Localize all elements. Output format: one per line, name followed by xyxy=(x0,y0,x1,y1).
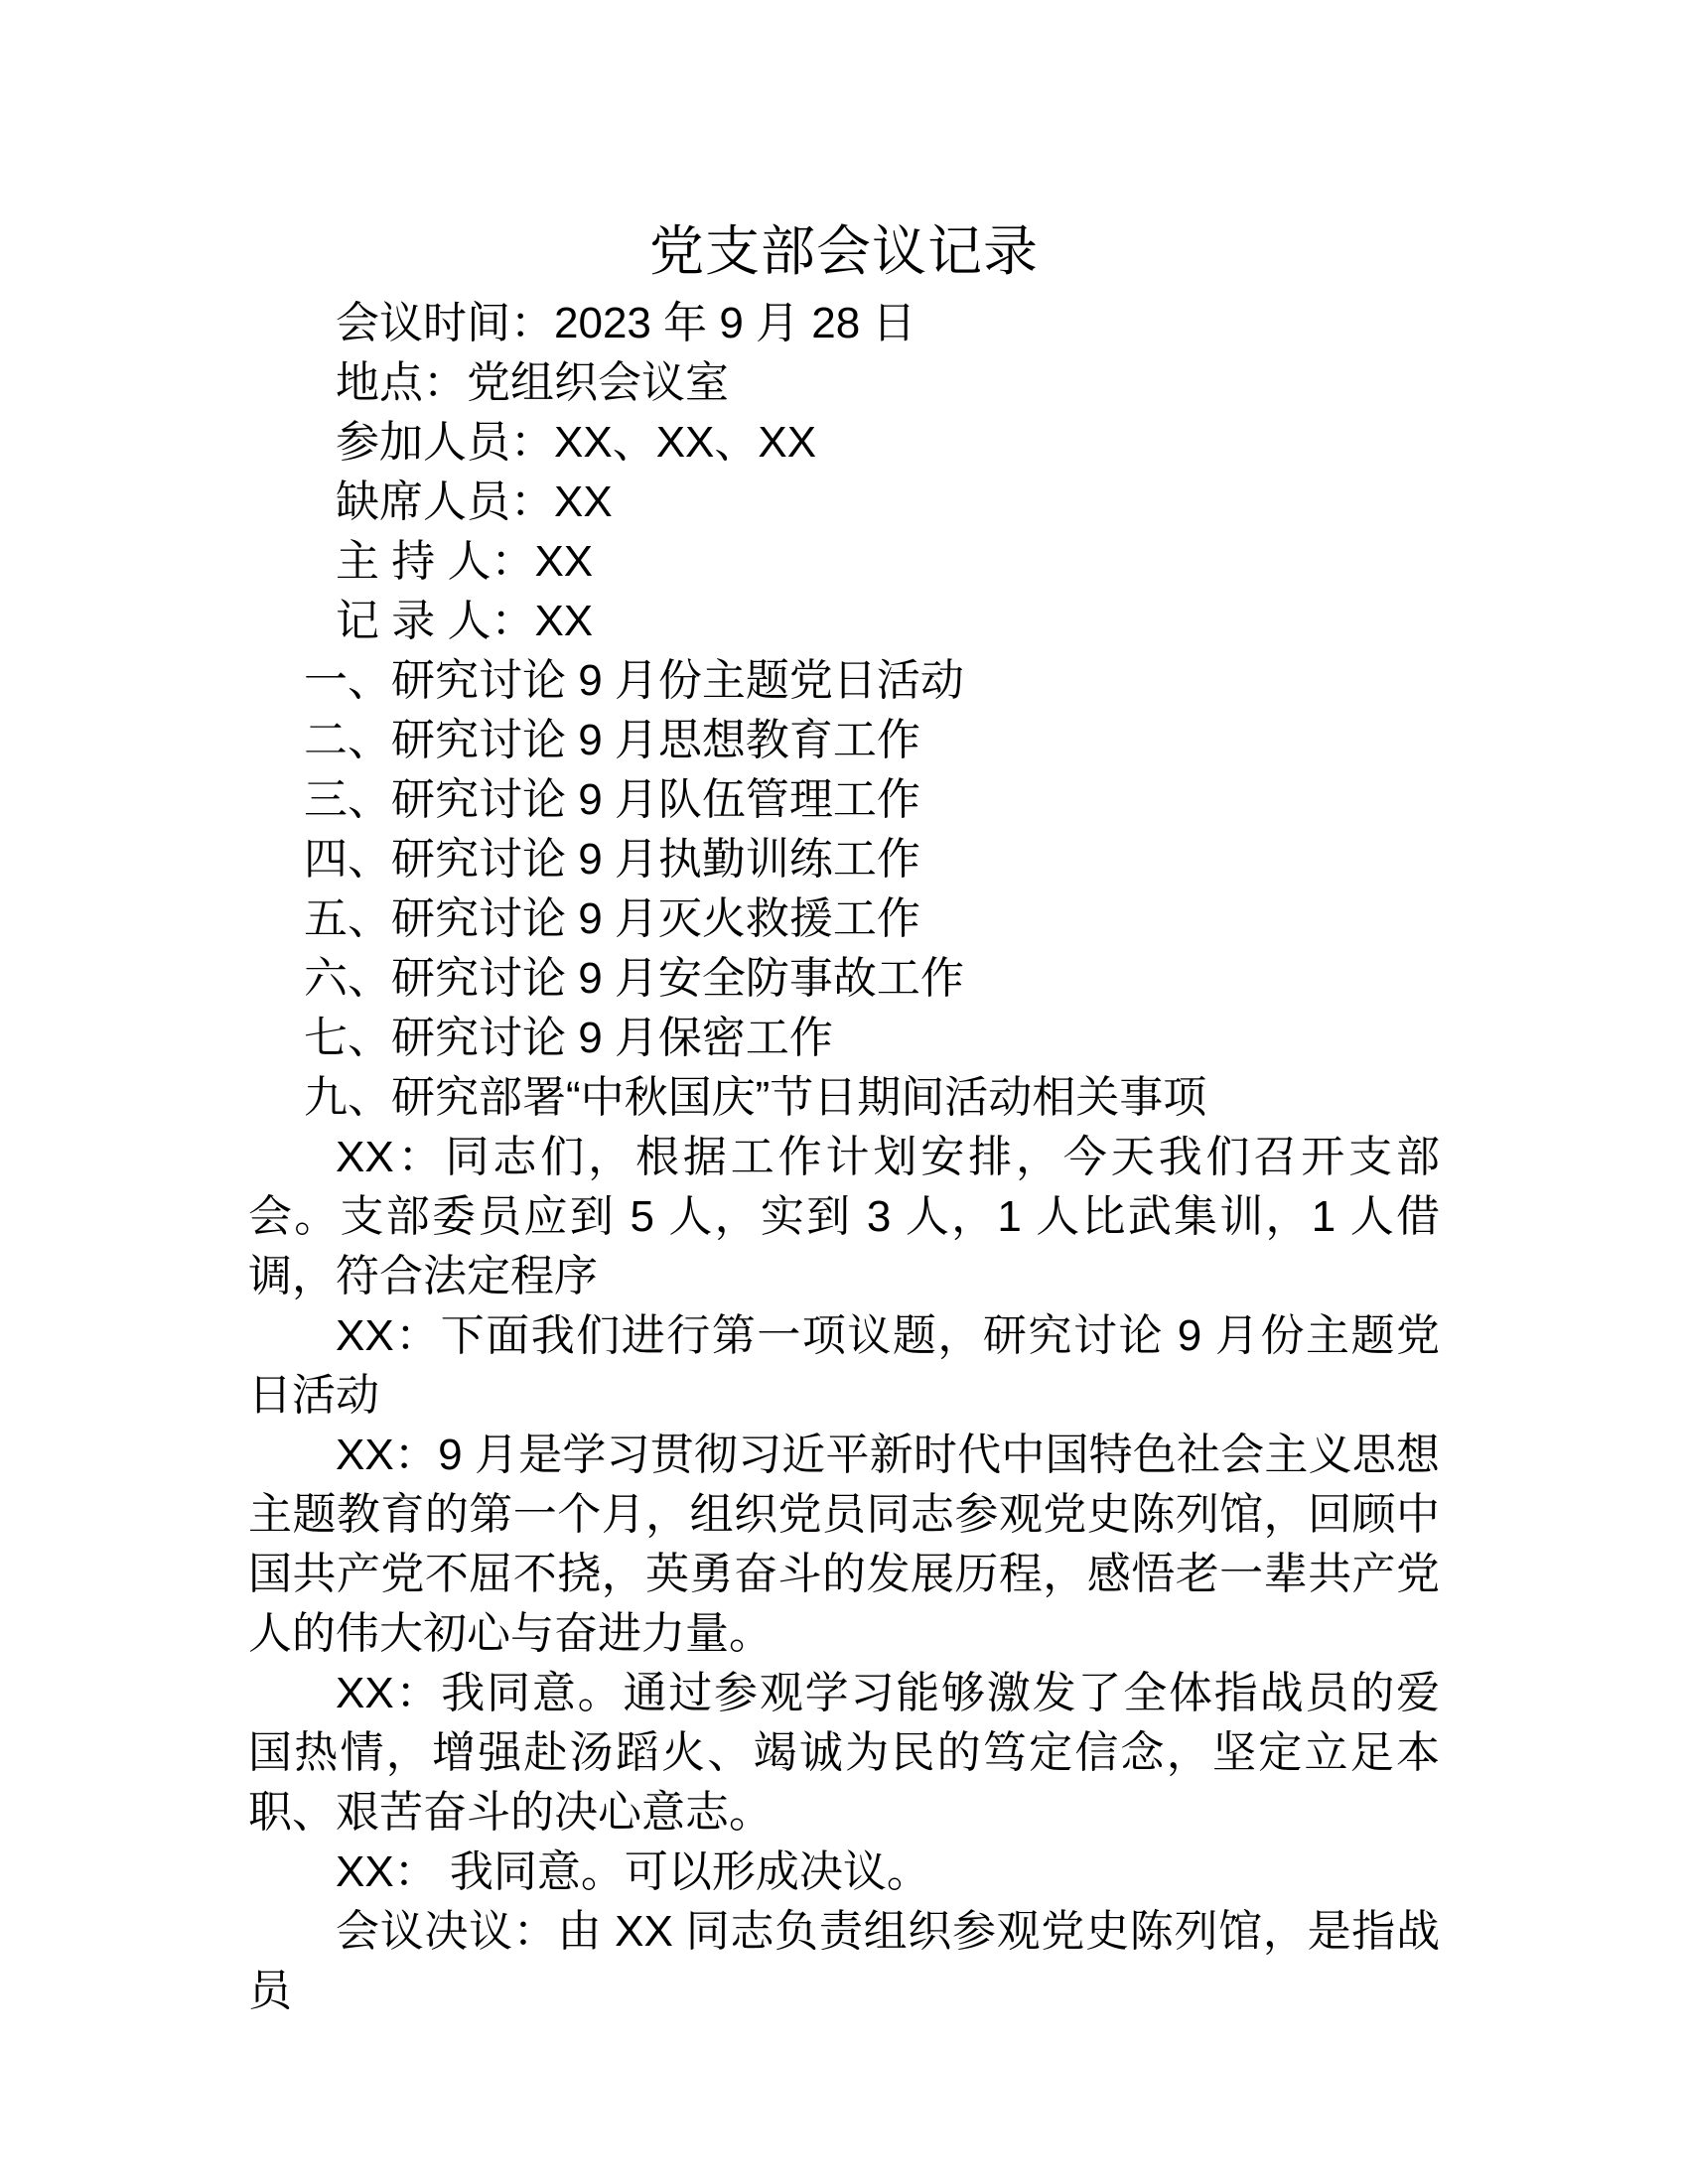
document-page: 党支部会议记录 会议时间：2023 年 9 月 28 日 地点：党组织会议室 参… xyxy=(0,0,1688,2184)
paragraph-first-topic: XX：下面我们进行第一项议题，研究讨论 9 月份主题党日活动 xyxy=(248,1306,1440,1426)
paragraph-resolution: 会议决议：由 XX 同志负责组织参观党史陈列馆，是指战员 xyxy=(248,1902,1440,2021)
agenda-item-7: 七、研究讨论 9 月保密工作 xyxy=(248,1009,1440,1068)
paragraph-topic-proposal: XX：9 月是学习贯彻习近平新时代中国特色社会主义思想主题教育的第一个月，组织党… xyxy=(248,1426,1440,1664)
agenda-item-5: 五、研究讨论 9 月灭火救援工作 xyxy=(248,889,1440,949)
agenda-item-6: 六、研究讨论 9 月安全防事故工作 xyxy=(248,949,1440,1009)
document-title: 党支部会议记录 xyxy=(248,220,1440,282)
agenda-item-2: 二、研究讨论 9 月思想教育工作 xyxy=(248,711,1440,770)
document-body: 会议时间：2023 年 9 月 28 日 地点：党组织会议室 参加人员：XX、X… xyxy=(248,294,1440,2021)
meta-line-meeting-time: 会议时间：2023 年 9 月 28 日 xyxy=(248,294,1440,353)
meta-line-recorder: 记 录 人：XX xyxy=(248,592,1440,651)
agenda-item-9: 九、研究部署“中秋国庆”节日期间活动相关事项 xyxy=(248,1068,1440,1128)
meta-line-location: 地点：党组织会议室 xyxy=(248,353,1440,413)
agenda-item-1: 一、研究讨论 9 月份主题党日活动 xyxy=(248,651,1440,711)
agenda-item-4: 四、研究讨论 9 月执勤训练工作 xyxy=(248,830,1440,889)
agenda-item-3: 三、研究讨论 9 月队伍管理工作 xyxy=(248,770,1440,830)
meta-line-attendees: 参加人员：XX、XX、XX xyxy=(248,413,1440,473)
paragraph-opening-remarks: XX：同志们，根据工作计划安排，今天我们召开支部会。支部委员应到 5 人，实到 … xyxy=(248,1128,1440,1306)
paragraph-agreement-1: XX：我同意。通过参观学习能够激发了全体指战员的爱国热情，增强赴汤蹈火、竭诚为民… xyxy=(248,1664,1440,1843)
meta-line-absentees: 缺席人员：XX xyxy=(248,473,1440,532)
paragraph-agreement-2: XX： 我同意。可以形成决议。 xyxy=(248,1843,1440,1902)
meta-line-host: 主 持 人：XX xyxy=(248,532,1440,592)
